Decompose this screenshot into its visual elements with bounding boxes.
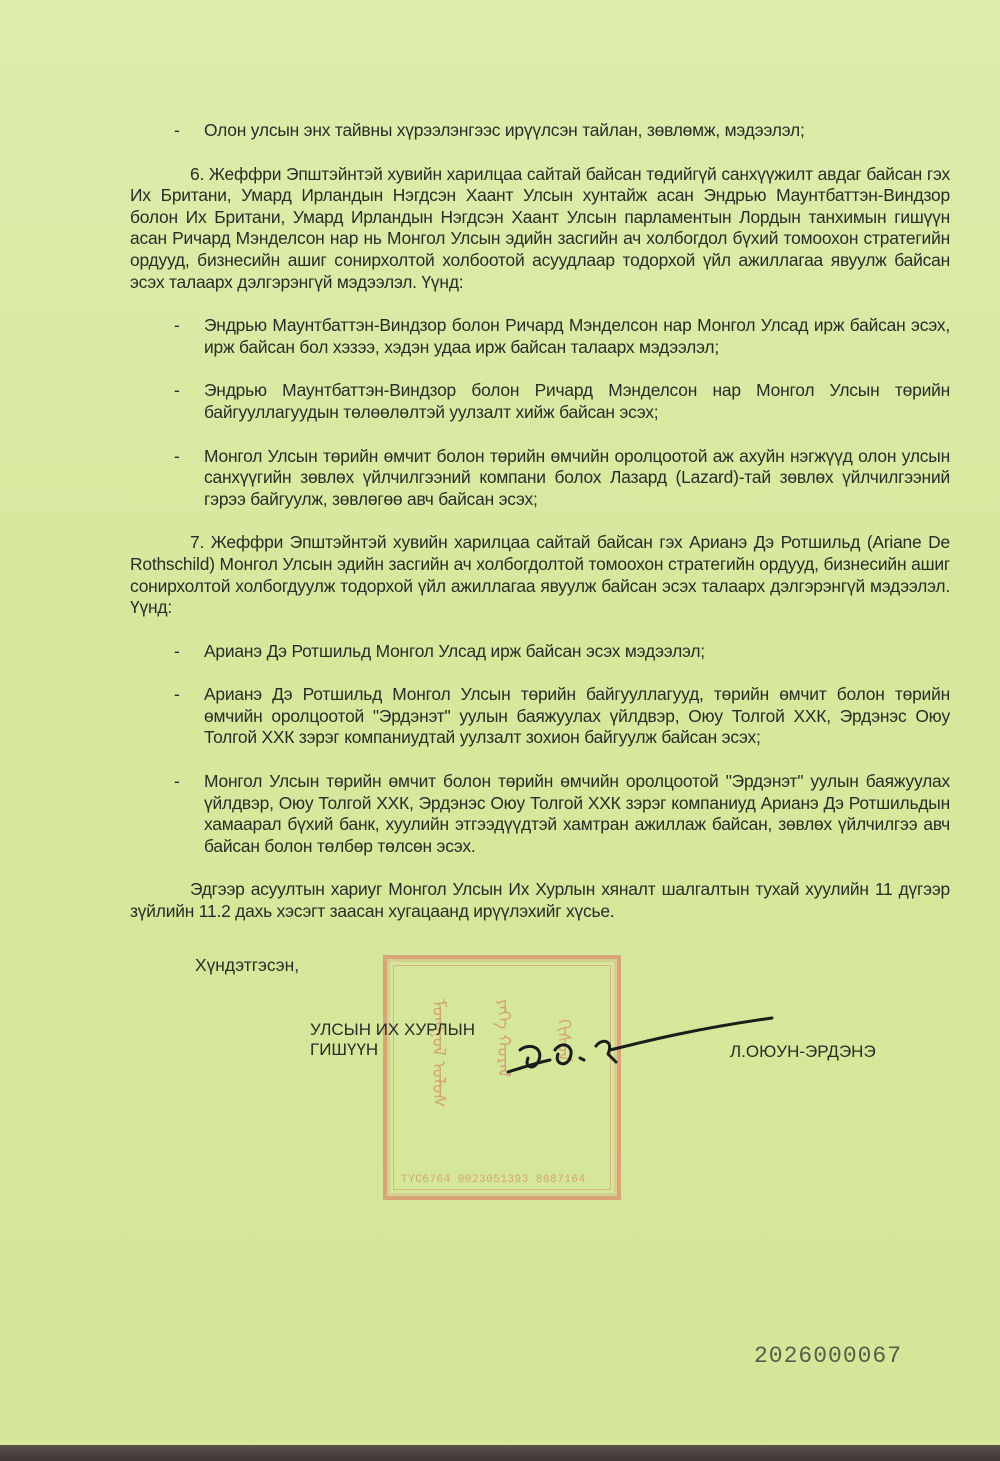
bullet-text: Олон улсын энх тайвны хүрээлэнгээс ирүүл… [204,120,805,140]
bullet-dash: - [174,641,180,663]
closing-salutation: Хүндэтгэсэн, [195,955,299,976]
bullet-text: Эндрью Маунтбаттэн-Виндзор болон Ричард … [204,315,950,357]
bullet-text: Монгол Улсын төрийн өмчит болон төрийн ө… [204,446,950,509]
list-item: - Арианэ Дэ Ротшильд Монгол Улсад ирж ба… [130,641,950,663]
document-body: - Олон улсын энх тайвны хүрээлэнгээс ирү… [130,120,950,923]
bullet-text: Арианэ Дэ Ротшильд Монгол Улсын төрийн б… [204,684,950,747]
list-item: - Монгол Улсын төрийн өмчит болон төрийн… [130,771,950,857]
signatory-title: Улсын Их Хурлын Гишүүн [310,1020,475,1060]
list-item: - Эндрью Маунтбаттэн-Виндзор болон Ричар… [130,380,950,423]
signatory-title-line1: Улсын Их Хурлын [310,1020,475,1040]
bullet-dash: - [174,684,180,706]
bullet-dash: - [174,771,180,793]
bullet-dash: - [174,315,180,337]
desk-surface [0,1445,1000,1461]
document-number: 2026000067 [754,1343,902,1369]
list-item: - Арианэ Дэ Ротшильд Монгол Улсын төрийн… [130,684,950,749]
signatory-title-line2: Гишүүн [310,1040,475,1060]
bullet-text: Арианэ Дэ Ротшильд Монгол Улсад ирж байс… [204,641,705,661]
document-page: - Олон улсын энх тайвны хүрээлэнгээс ирү… [0,0,1000,1445]
stamp-code: ТҮС6764 0023051393 8087164 [401,1174,586,1186]
list-item: - Олон улсын энх тайвны хүрээлэнгээс ирү… [130,120,950,142]
signatory-name: Л.ОЮУН-ЭРДЭНЭ [730,1042,876,1062]
paragraph-item-7: 7. Жеффри Эпштэйнтэй хувийн харилцаа сай… [130,532,950,618]
request-paragraph: Эдгээр асуултын хариуг Монгол Улсын Их Х… [130,879,950,922]
bullet-text: Эндрью Маунтбаттэн-Виндзор болон Ричард … [204,380,950,422]
list-item: - Монгол Улсын төрийн өмчит болон төрийн… [130,446,950,511]
bullet-dash: - [174,380,180,402]
bullet-text: Монгол Улсын төрийн өмчит болон төрийн ө… [204,771,950,856]
bullet-dash: - [174,446,180,468]
bullet-dash: - [174,120,180,142]
paragraph-item-6: 6. Жеффри Эпштэйнтэй хувийн харилцаа сай… [130,164,950,294]
list-item: - Эндрью Маунтбаттэн-Виндзор болон Ричар… [130,315,950,358]
